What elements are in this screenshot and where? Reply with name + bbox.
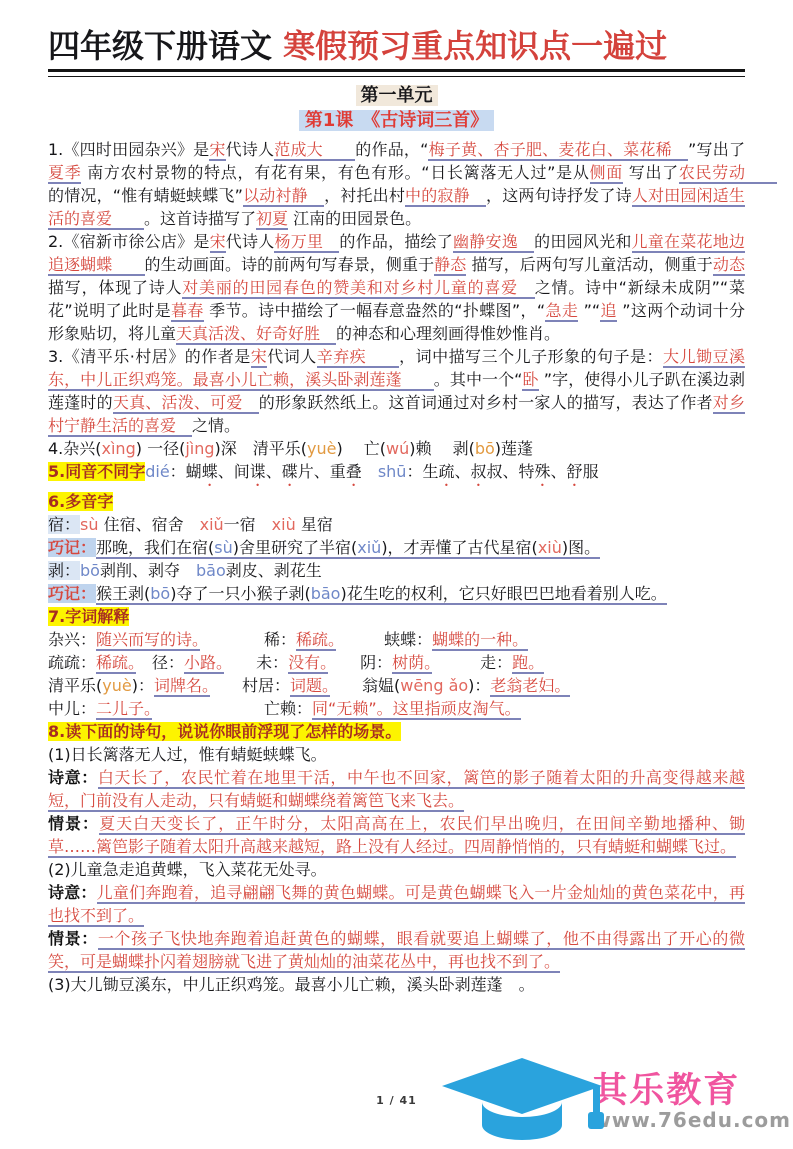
- text-segment: 5.同音不同字: [48, 462, 145, 481]
- text-segment: sù: [80, 515, 98, 534]
- text-segment: 一个孩子飞快地奔跑着追赶黄色的蝴蝶，眼看就要追上蝴蝶了，他不由得露出了开心的微笑…: [48, 929, 745, 973]
- text-segment: 诗意：: [48, 768, 98, 787]
- text-segment: 侧面: [590, 163, 623, 184]
- text-segment: 暮春: [171, 301, 204, 322]
- text-segment: bāo: [196, 561, 226, 580]
- para-meaning-2: 诗意：儿童们奔跑着，追寻翩翩飞舞的黄色蝴蝶。可是黄色蝴蝶飞入一片金灿灿的黄色菜花…: [48, 881, 745, 927]
- text-segment: 的生动画面。诗的前两句写春景，侧重于: [145, 255, 435, 274]
- heading-word-definitions: 7.字词解释: [48, 605, 745, 628]
- text-segment: 那晚，我们在宿(: [96, 538, 214, 559]
- text-segment: 4.杂兴(: [48, 439, 102, 458]
- text-segment: 杂兴：: [48, 630, 96, 649]
- text-segment: 卧: [522, 370, 538, 391]
- text-segment: 词题。: [290, 676, 330, 697]
- text-segment: jìng: [185, 439, 214, 458]
- text-segment: 写出了: [623, 163, 679, 182]
- para-polyphone-su: 宿：sù 住宿、宿舍 xiǔ一宿 xiù 星宿: [48, 513, 745, 536]
- text-segment: (1)日长篱落无人过，惟有蜻蜓蛱蝶飞。: [48, 745, 327, 764]
- text-segment: 二儿子。: [96, 699, 152, 720]
- text-segment: 之情。: [192, 416, 240, 435]
- text-segment: 叠: [346, 462, 362, 481]
- text-segment: 跑。: [512, 653, 544, 674]
- text-segment: 猴王剥(: [96, 584, 150, 605]
- text-segment: 动态: [713, 255, 745, 276]
- text-segment: 1.《四时田园杂兴》是: [48, 140, 209, 159]
- text-segment: 蝶: [202, 462, 218, 481]
- text-segment: 谍: [250, 462, 266, 481]
- para-homophones: 5.同音不同字dié：蝴蝶、间谍、碟片、重叠 shū：生疏、叔叔、特殊、舒服: [48, 460, 745, 490]
- text-segment: 代词人: [267, 347, 316, 366]
- text-segment: 剥皮、剥花生: [226, 561, 322, 580]
- text-segment: wú: [386, 439, 409, 458]
- text-segment: xiù: [538, 538, 562, 559]
- text-segment: 、: [551, 462, 567, 481]
- text-segment: bō: [150, 584, 170, 605]
- document-page: 四年级下册语文 寒假预习重点知识点一遍过 第一单元 第1课 《古诗词三首》 1.…: [0, 0, 793, 1149]
- text-segment: 剥：: [48, 561, 80, 580]
- text-segment: yuè: [102, 676, 131, 695]
- text-segment: bō: [80, 561, 100, 580]
- text-segment: 描写，后两句写儿童活动，侧重于: [466, 255, 713, 274]
- text-segment: 中儿：: [48, 699, 96, 718]
- text-segment: 走：: [432, 653, 512, 672]
- text-segment: (3)大儿锄豆溪东，中儿正织鸡笼。最喜小儿亡赖，溪头卧剥莲蓬 。: [48, 975, 535, 994]
- text-segment: 的情况，“惟有蜻蜓蛱蝶飞”: [48, 186, 243, 205]
- text-segment: )深 清平乐(: [215, 439, 308, 458]
- title-red-part: 寒假预习重点知识点一遍过: [283, 27, 667, 65]
- para-definitions-4: 中儿：二儿子。 亡赖：同“无赖”。这里指顽皮淘气。: [48, 697, 745, 720]
- text-segment: 梅子黄、杏子肥、麦花白、菜花稀: [428, 140, 688, 161]
- text-segment: bāo: [311, 584, 341, 605]
- text-segment: 的作品，描绘了: [339, 232, 453, 251]
- para-poem3-analysis: 3.《清平乐·村居》的作者是宋代词人辛弃疾 ，词中描写三个儿子形象的句子是：大儿…: [48, 345, 745, 437]
- para-poem1-analysis: 1.《四时田园杂兴》是宋代诗人范成大 的作品，“梅子黄、杏子肥、麦花白、菜花稀 …: [48, 138, 745, 230]
- text-segment: )舍里研究了半宿(: [233, 538, 358, 559]
- text-segment: 代诗人: [226, 232, 275, 251]
- watermark-text: 其乐教育 www.76edu.com: [592, 1073, 791, 1131]
- text-segment: yuè: [307, 439, 336, 458]
- text-segment: 小路。: [184, 653, 224, 674]
- text-segment: 对美丽的田园春色的赞美和对乡村儿童的喜爱: [182, 278, 534, 299]
- text-segment: )：: [132, 676, 154, 695]
- text-segment: 片、重: [298, 462, 346, 481]
- text-segment: 范成大: [274, 140, 355, 161]
- text-segment: )花生吃的权利，它只好眼巴巴地看着别人吃。: [340, 584, 666, 605]
- text-segment: shū: [378, 462, 407, 481]
- text-segment: 词牌名。: [154, 676, 210, 697]
- text-segment: 清平乐(: [48, 676, 102, 695]
- text-segment: 初夏: [256, 209, 288, 230]
- text-segment: 碟: [282, 462, 298, 481]
- text-segment: xìng: [102, 439, 136, 458]
- text-segment: (2)儿童急走追黄蝶，飞入菜花无处寻。: [48, 860, 327, 879]
- text-segment: ) 一径(: [136, 439, 186, 458]
- text-segment: [362, 462, 378, 481]
- text-segment: 服: [583, 462, 599, 481]
- text-segment: 急走: [545, 301, 578, 322]
- text-segment: ，衬托出村: [324, 186, 405, 205]
- text-segment: 宿：: [48, 515, 80, 534]
- text-segment: 、间: [218, 462, 250, 481]
- text-segment: 住宿、宿舍: [99, 515, 200, 534]
- text-segment: 稀疏。: [96, 653, 136, 674]
- text-segment: 8.读下面的诗句，说说你眼前浮现了怎样的场景。: [48, 722, 401, 741]
- text-segment: )，才弄懂了古代星宿(: [381, 538, 538, 559]
- text-segment: xiǔ: [200, 515, 224, 534]
- para-definitions-2: 疏疏：稀疏。 径：小路。 未：没有。 阴：树荫。 走：跑。: [48, 651, 745, 674]
- text-segment: 老翁老妇。: [490, 676, 570, 697]
- text-segment: ，词中描写三个儿子形象的句子是：: [399, 347, 663, 366]
- text-segment: 村居：: [210, 676, 290, 695]
- text-segment: 同“无赖”。这里指顽皮淘气。: [312, 699, 521, 720]
- text-segment: 辛弃疾: [317, 347, 399, 368]
- text-segment: 没有。: [288, 653, 328, 674]
- title-divider: [48, 69, 745, 77]
- text-segment: 7.字词解释: [48, 607, 129, 626]
- text-segment: 一宿: [224, 515, 272, 534]
- text-segment: 农民劳动: [679, 163, 777, 184]
- text-segment: 宋: [209, 140, 225, 161]
- text-segment: 白天长了，农民忙着在地里干活，中午也不回家，篱笆的影子随着太阳的升高变得越来越短…: [48, 768, 745, 812]
- text-segment: ，这两句诗抒发了诗: [486, 186, 632, 205]
- text-segment: 巧记：: [48, 538, 96, 557]
- text-segment: 舒: [567, 462, 583, 481]
- text-segment: dié: [145, 462, 169, 481]
- unit-title-text: 第一单元: [356, 85, 438, 106]
- para-verse-1: (1)日长篱落无人过，惟有蜻蜓蛱蝶飞。: [48, 743, 745, 766]
- text-segment: 夏季: [48, 163, 81, 184]
- text-segment: 稀疏。: [296, 630, 336, 651]
- para-scene-2: 情景：一个孩子飞快地奔跑着追赶黄色的蝴蝶，眼看就要追上蝴蝶了，他不由得露出了开心…: [48, 927, 745, 973]
- para-poem2-analysis: 2.《宿新市徐公店》是宋代诗人杨万里 的作品，描绘了幽静安逸 的田园风光和儿童在…: [48, 230, 745, 345]
- text-segment: 中的寂静: [405, 186, 486, 207]
- text-segment: 的形象跃然纸上。这首词通过对乡村一家人的描写，表达了作者: [259, 393, 713, 412]
- text-segment: 诗意：: [48, 883, 97, 902]
- text-segment: 的神态和心理刻画得惟妙惟肖。: [336, 324, 560, 343]
- para-meaning-1: 诗意：白天长了，农民忙着在地里干活，中午也不回家，篱笆的影子随着太阳的升高变得越…: [48, 766, 745, 812]
- title-black-part: 四年级下册语文: [48, 27, 283, 65]
- text-segment: 夏天白天变长了，正午时分，太阳高高在上，农民们早出晚归，在田间辛勤地播种、锄草……: [48, 814, 745, 858]
- text-segment: 的作品，“: [355, 140, 428, 159]
- text-segment: xiù: [272, 515, 296, 534]
- text-segment: 杨万里: [274, 232, 339, 253]
- text-segment: 情景：: [48, 814, 99, 833]
- watermark-site-url: www.76edu.com: [592, 1110, 791, 1131]
- text-segment: 疏: [438, 462, 454, 481]
- para-polyphone-bo: 剥：bō剥削、剥夺 bāo剥皮、剥花生: [48, 559, 745, 582]
- text-segment: 南方农村景物的特点，有花有果，有色有形。“日长篱落无人过”是从: [81, 163, 589, 182]
- heading-polyphones: 6.多音字: [48, 490, 745, 513]
- text-segment: 星宿: [296, 515, 333, 534]
- text-segment: 殊: [535, 462, 551, 481]
- lesson-title: 第1课 《古诗词三首》: [48, 109, 745, 132]
- para-verse-3: (3)大儿锄豆溪东，中儿正织鸡笼。最喜小儿亡赖，溪头卧剥莲蓬 。: [48, 973, 745, 996]
- watermark: 其乐教育 www.76edu.com: [436, 1055, 791, 1149]
- text-segment: xiǔ: [357, 538, 381, 559]
- text-segment: )夺了一只小猴子剥(: [170, 584, 311, 605]
- text-segment: 季节。诗中描绘了一幅春意盎然的“扑蝶图”，“: [204, 301, 545, 320]
- text-segment: 幽静安逸: [453, 232, 534, 253]
- text-segment: 叔、特: [487, 462, 535, 481]
- text-segment: 3.《清平乐·村居》的作者是: [48, 347, 251, 366]
- text-segment: 儿童们奔跑着，追寻翩翩飞舞的黄色蝴蝶。可是黄色蝴蝶飞入一片金灿灿的黄色菜花中，再…: [48, 883, 745, 927]
- text-segment: wēng ǎo: [400, 676, 468, 695]
- para-definitions-1: 杂兴：随兴而写的诗。 稀：稀疏。 蛱蝶：蝴蝶的一种。: [48, 628, 745, 651]
- text-segment: 情景：: [48, 929, 98, 948]
- text-segment: 叔: [470, 462, 486, 481]
- para-mnemonic-su: 巧记：那晚，我们在宿(sù)舍里研究了半宿(xiǔ)，才弄懂了古代星宿(xiù)…: [48, 536, 745, 559]
- text-segment: 天真、活泼、可爱: [113, 393, 259, 414]
- text-segment: 亡赖：: [152, 699, 312, 718]
- text-segment: 天真活泼、好奇好胜: [176, 324, 336, 345]
- text-segment: )图。: [562, 538, 600, 559]
- text-segment: 以动衬静: [243, 186, 324, 207]
- watermark-brand: 其乐教育: [592, 1073, 740, 1110]
- text-segment: 树荫。: [392, 653, 432, 674]
- text-segment: 宋: [251, 347, 268, 368]
- text-segment: 。这首诗描写了: [144, 209, 256, 228]
- text-segment: 巧记：: [48, 584, 96, 603]
- unit-title: 第一单元: [48, 84, 745, 107]
- para-verse-2: (2)儿童急走追黄蝶，飞入菜花无处寻。: [48, 858, 745, 881]
- text-segment: ”“: [578, 301, 600, 320]
- text-segment: 2.《宿新市徐公店》是: [48, 232, 210, 251]
- text-segment: 随兴而写的诗。: [96, 630, 200, 651]
- text-segment: )莲蓬: [495, 439, 533, 458]
- text-segment: ：蝴: [170, 462, 202, 481]
- text-segment: ”写出了: [688, 140, 745, 159]
- text-segment: 径：: [136, 653, 184, 672]
- text-segment: 6.多音字: [48, 492, 113, 511]
- text-segment: 、: [266, 462, 282, 481]
- document-title: 四年级下册语文 寒假预习重点知识点一遍过: [48, 26, 745, 66]
- text-segment: 疏疏：: [48, 653, 96, 672]
- text-segment: 稀：: [200, 630, 296, 649]
- text-segment: 、: [454, 462, 470, 481]
- para-definitions-3: 清平乐(yuè)：词牌名。 村居：词题。 翁媪(wēng ǎo)：老翁老妇。: [48, 674, 745, 697]
- text-segment: 江南的田园景色。: [288, 209, 421, 228]
- text-segment: )赖 剥(: [409, 439, 475, 458]
- text-segment: 未：: [224, 653, 288, 672]
- text-segment: 代诗人: [226, 140, 275, 159]
- text-segment: 蝴蝶的一种。: [432, 630, 528, 651]
- text-segment: bō: [475, 439, 495, 458]
- text-segment: 阴：: [328, 653, 392, 672]
- text-segment: 剥削、剥夺: [100, 561, 196, 580]
- para-scene-1: 情景：夏天白天变长了，正午时分，太阳高高在上，农民们早出晚归，在田间辛勤地播种、…: [48, 812, 745, 858]
- page-content: 四年级下册语文 寒假预习重点知识点一遍过 第一单元 第1课 《古诗词三首》 1.…: [0, 0, 793, 996]
- para-pinyin-notes: 4.杂兴(xìng) 一径(jìng)深 清平乐(yuè) 亡(wú)赖 剥(b…: [48, 437, 745, 460]
- text-segment: 蛱蝶：: [336, 630, 432, 649]
- text-segment: 的田园风光和: [534, 232, 631, 251]
- text-segment: )：: [468, 676, 490, 695]
- para-mnemonic-bo: 巧记：猴王剥(bō)夺了一只小猴子剥(bāo)花生吃的权利，它只好眼巴巴地看着别…: [48, 582, 745, 605]
- text-segment: 宋: [210, 232, 226, 253]
- text-segment: ：生: [406, 462, 438, 481]
- text-segment: 。其中一个“: [434, 370, 523, 389]
- text-segment: 翁媪(: [330, 676, 400, 695]
- text-segment: sù: [214, 538, 232, 559]
- lesson-title-text: 第1课 《古诗词三首》: [299, 110, 495, 131]
- graduation-cap-icon: [436, 1055, 608, 1149]
- heading-scene-question: 8.读下面的诗句，说说你眼前浮现了怎样的场景。: [48, 720, 745, 743]
- text-segment: 静态: [434, 255, 466, 276]
- text-segment: ) 亡(: [336, 439, 386, 458]
- text-segment: 追: [600, 301, 617, 322]
